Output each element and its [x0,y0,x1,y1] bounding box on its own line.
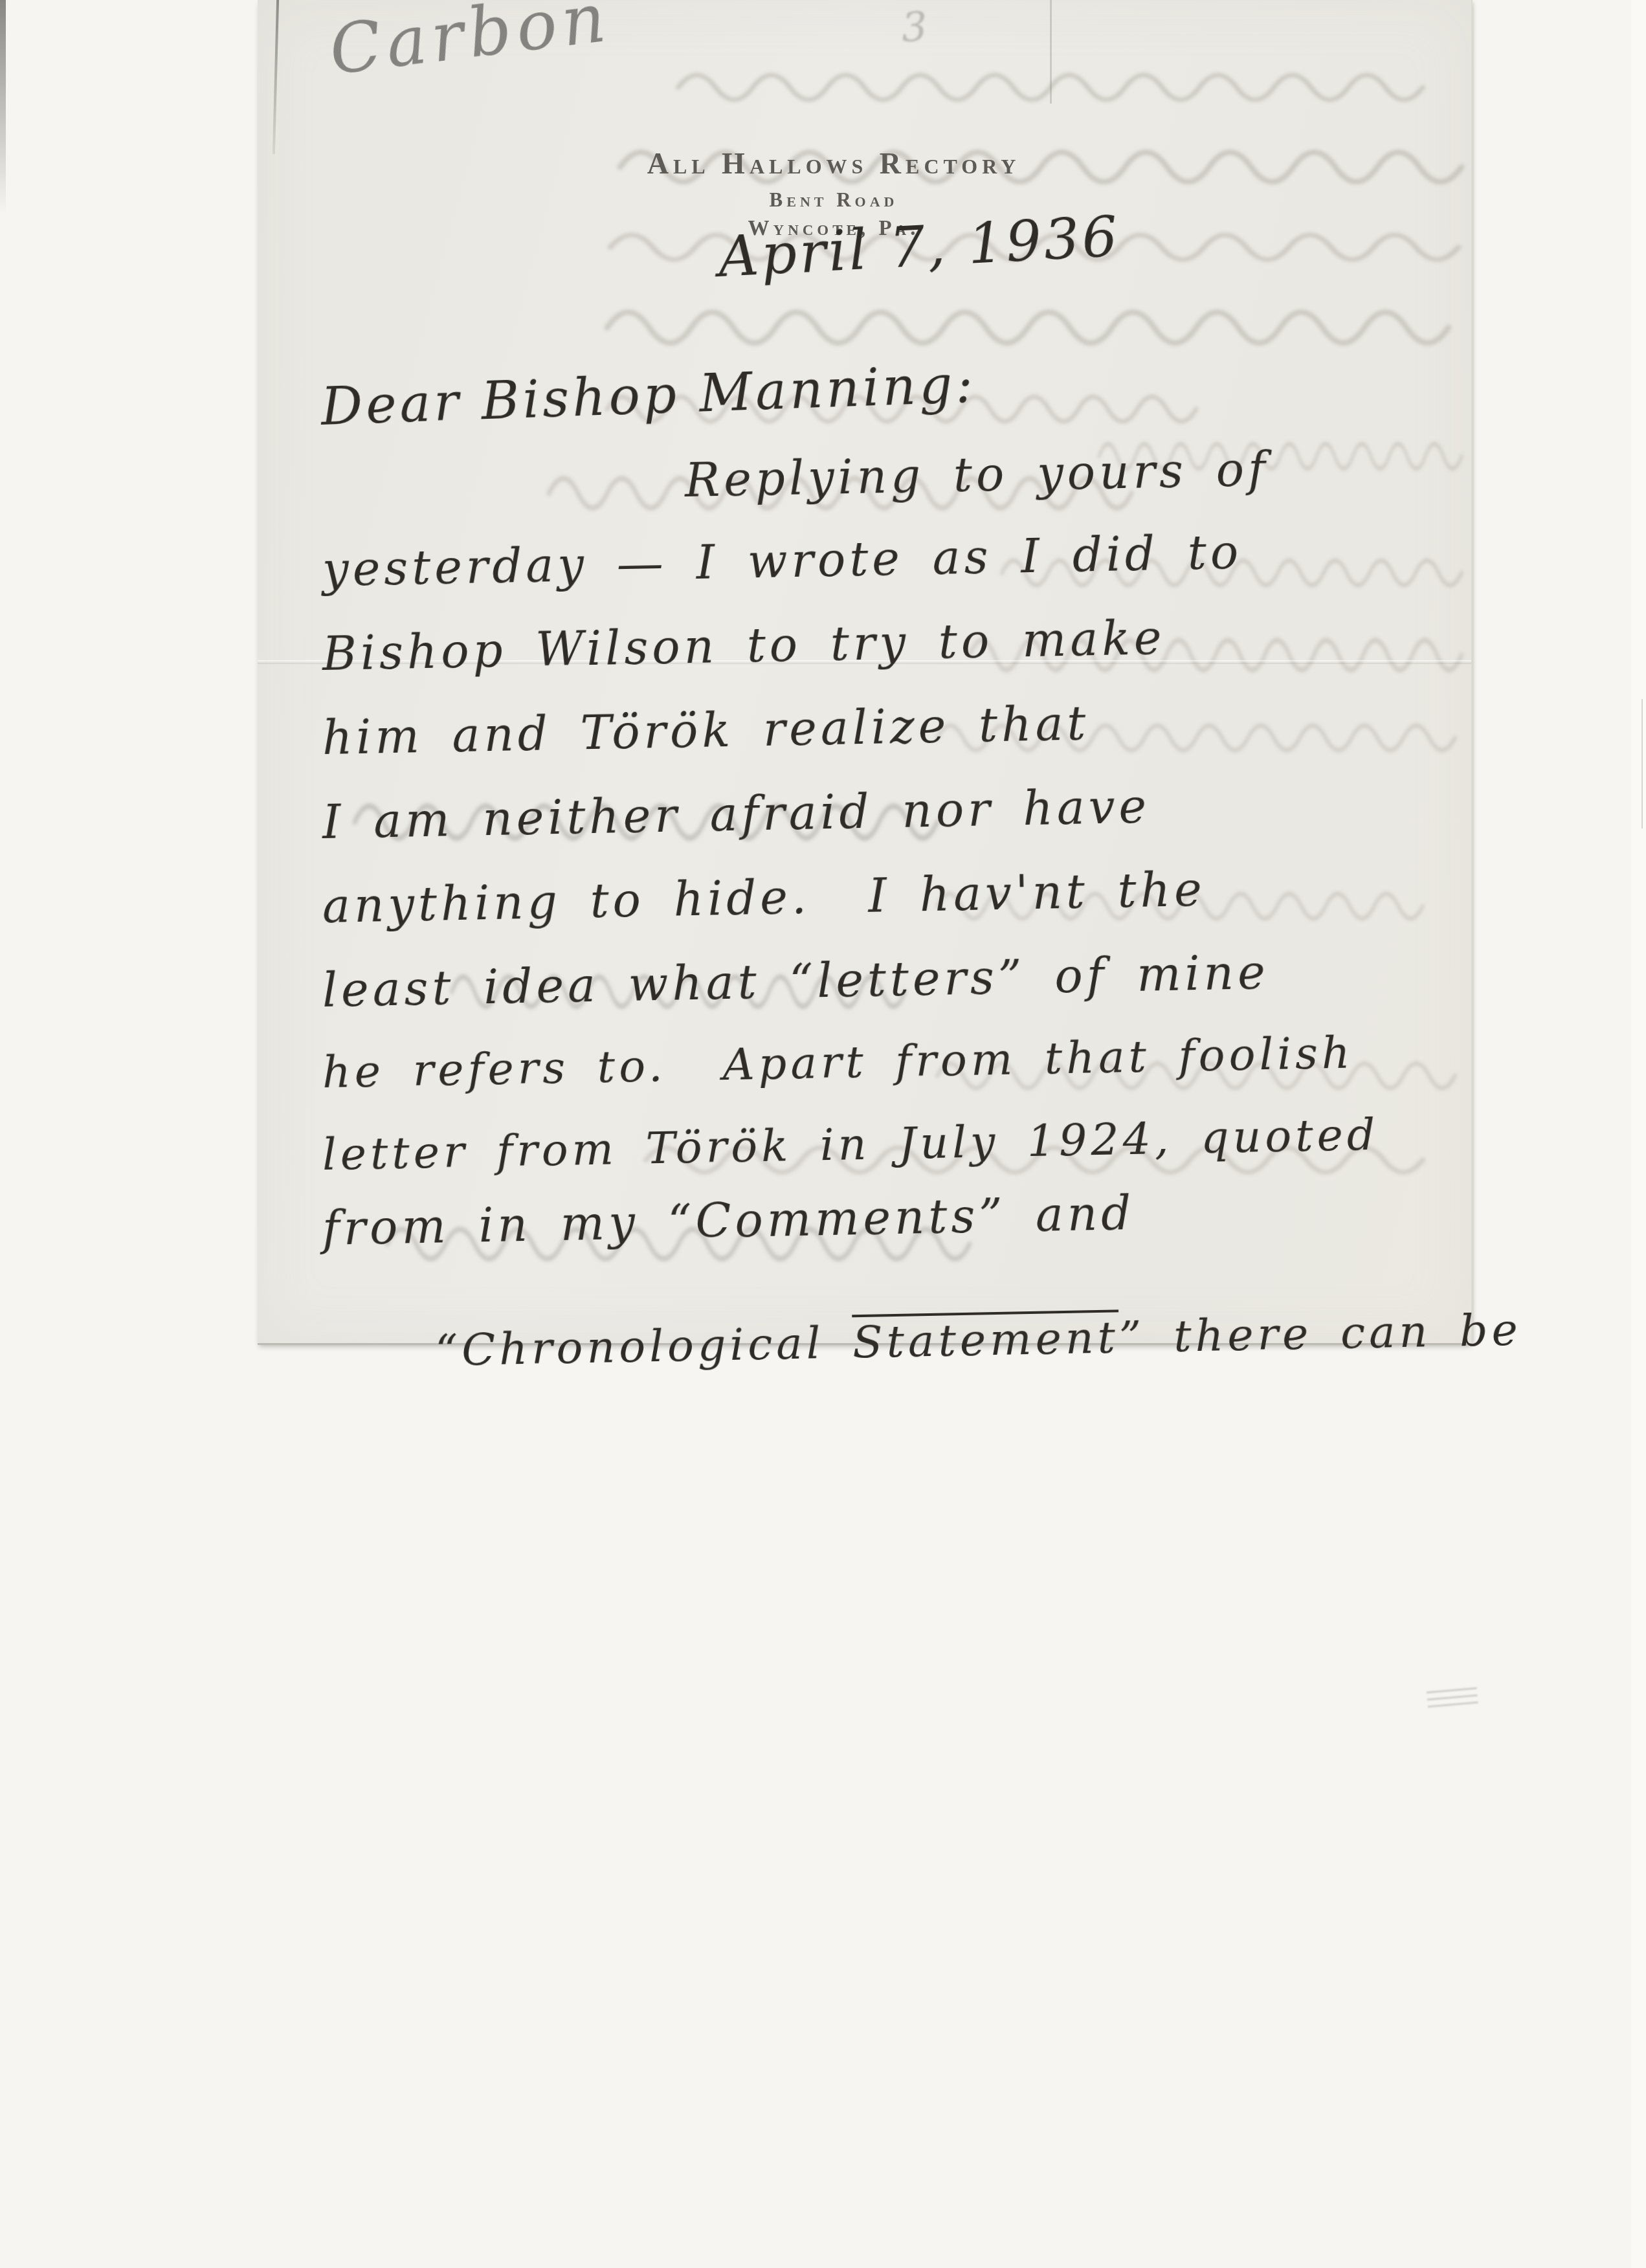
last-line-overlined-word: Statement [852,1312,1119,1368]
last-line-pre: “Chronological [435,1317,853,1376]
scanner-edge-artifact [0,0,6,214]
scanner-smudge [1427,1687,1478,1711]
letterhead-name: All Hallows Rectory [258,146,1410,181]
body-line-last: “Chronological Statement” there can be [321,1253,1523,1430]
scanned-letter-page: { "document": { "annotation": "Carbon", … [0,0,1646,2268]
last-line-post: ” there can be [1118,1304,1522,1363]
letterhead-street: Bent Road [258,188,1410,212]
letter-sheet: Carbon 3 All Hallows Rectory Bent Road W… [258,0,1473,1345]
faint-page-number: 3 [900,3,928,51]
top-crease [1050,0,1052,104]
body-line: Replying to yours of [684,442,1269,507]
scanner-bed-line [1641,699,1643,828]
scanner-bed-strip [1631,0,1646,2268]
